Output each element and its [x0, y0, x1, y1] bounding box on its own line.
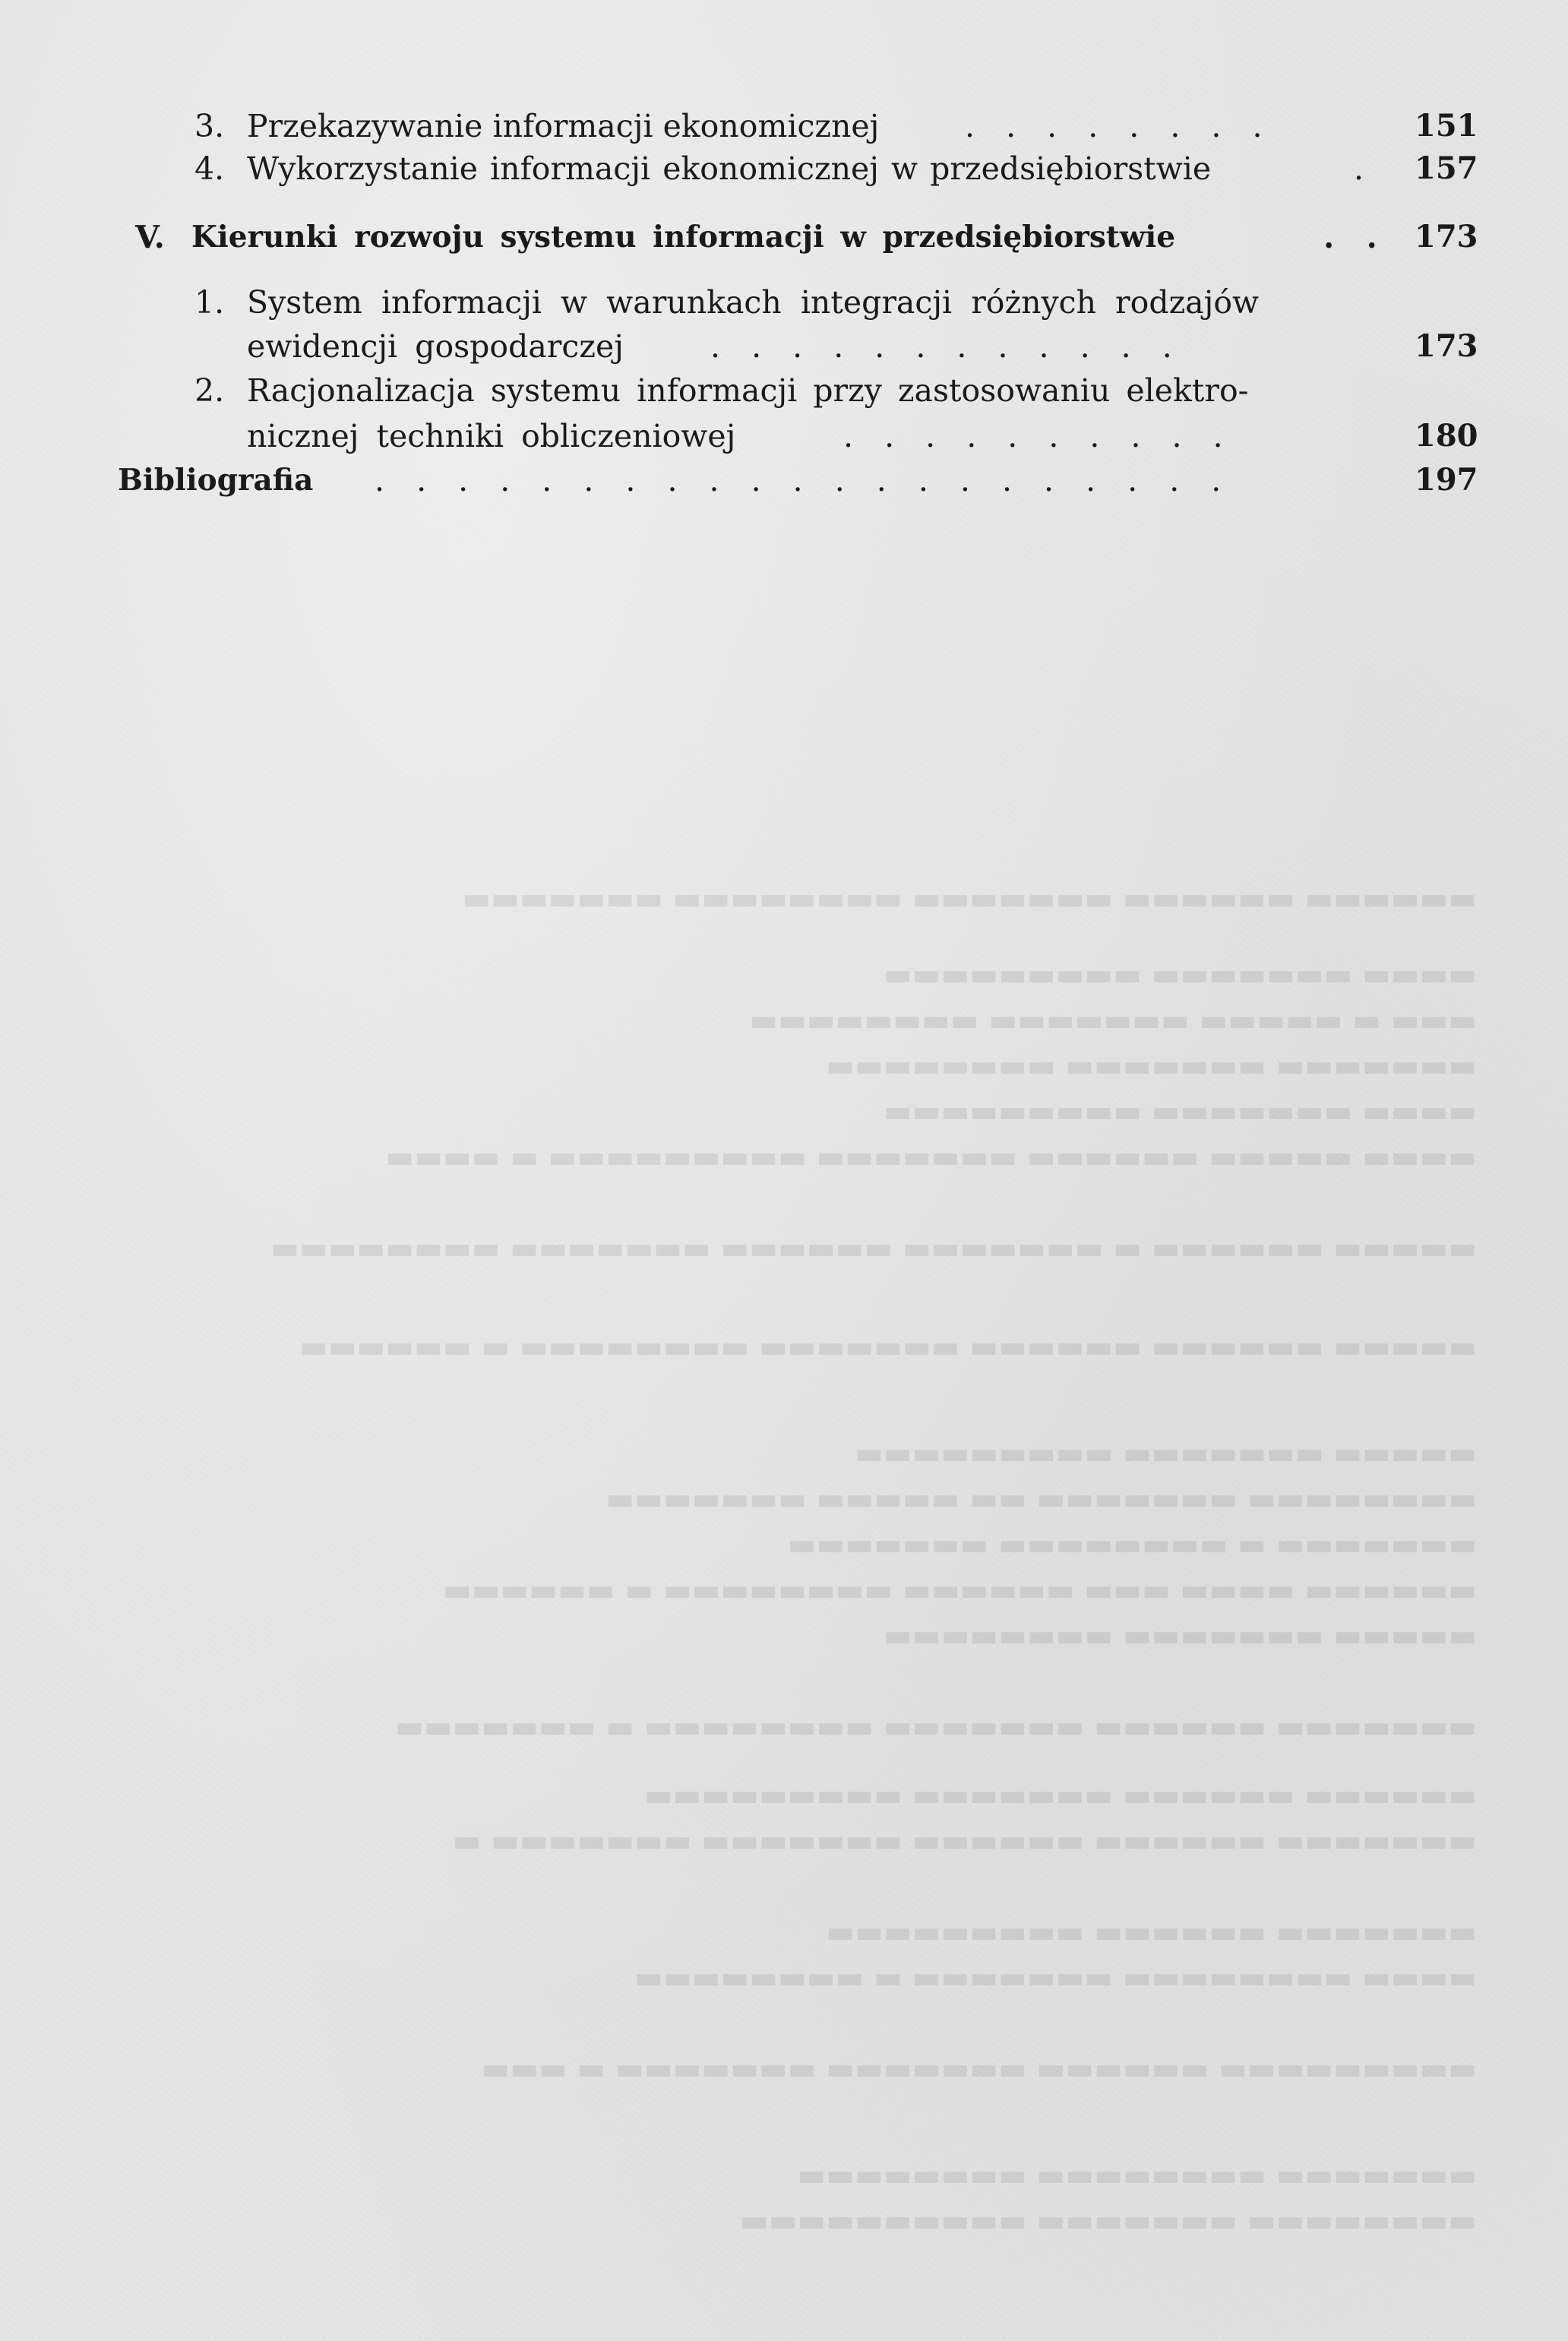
bibliography-title: Bibliografia: [118, 459, 313, 501]
page-number: 157: [1415, 147, 1475, 190]
leader-dots: . . . . . . . .: [965, 105, 1273, 147]
entry-title: Przekazywanie informacji ekonomicznej: [247, 105, 879, 147]
page-number: 151: [1415, 105, 1475, 147]
toc-chapter-entry[interactable]: V. Kierunki rozwoju systemu informacji w…: [0, 216, 1568, 258]
toc-entry[interactable]: 2. Racjonalizacja systemu informacji prz…: [0, 369, 1568, 412]
toc-entry[interactable]: 4. Wykorzystanie informacji ekonomicznej…: [0, 147, 1568, 190]
leader-dots: . . . . . . . . . . . .: [710, 325, 1183, 368]
entry-title-line-2: nicznej techniki obliczeniowej: [247, 415, 735, 457]
leader-dots: . . . . . . . . . . . . . . . . . . . . …: [375, 459, 1232, 501]
entry-title-line-2: ewidencji gospodarczej: [247, 325, 624, 368]
leader-dots: .: [1354, 147, 1364, 190]
toc-entry-continuation[interactable]: nicznej techniki obliczeniowej . . . . .…: [0, 415, 1568, 457]
toc-bibliography-entry[interactable]: Bibliografia . . . . . . . . . . . . . .…: [0, 459, 1568, 501]
entry-title-line-1: System informacji w warunkach integracji…: [247, 281, 1259, 324]
entry-title: Wykorzystanie informacji ekonomicznej w …: [247, 147, 1211, 190]
chapter-number: V.: [135, 216, 165, 258]
entry-number: 1.: [194, 281, 224, 324]
page-number: 180: [1415, 415, 1475, 457]
page-number: 197: [1415, 459, 1475, 501]
toc-entry-continuation[interactable]: ewidencji gospodarczej . . . . . . . . .…: [0, 325, 1568, 368]
page-number: 173: [1415, 216, 1475, 258]
leader-dots: . . . . . . . . . .: [843, 415, 1234, 457]
leader-dots: . .: [1323, 216, 1388, 258]
toc-entry[interactable]: 1. System informacji w warunkach integra…: [0, 281, 1568, 324]
page-number: 173: [1415, 325, 1475, 368]
chapter-title: Kierunki rozwoju systemu informacji w pr…: [191, 216, 1175, 258]
entry-number: 2.: [194, 369, 224, 412]
toc-entry[interactable]: 3. Przekazywanie informacji ekonomicznej…: [0, 105, 1568, 147]
entry-number: 4.: [194, 147, 224, 190]
entry-title-line-1: Racjonalizacja systemu informacji przy z…: [247, 369, 1249, 412]
entry-number: 3.: [194, 105, 224, 147]
